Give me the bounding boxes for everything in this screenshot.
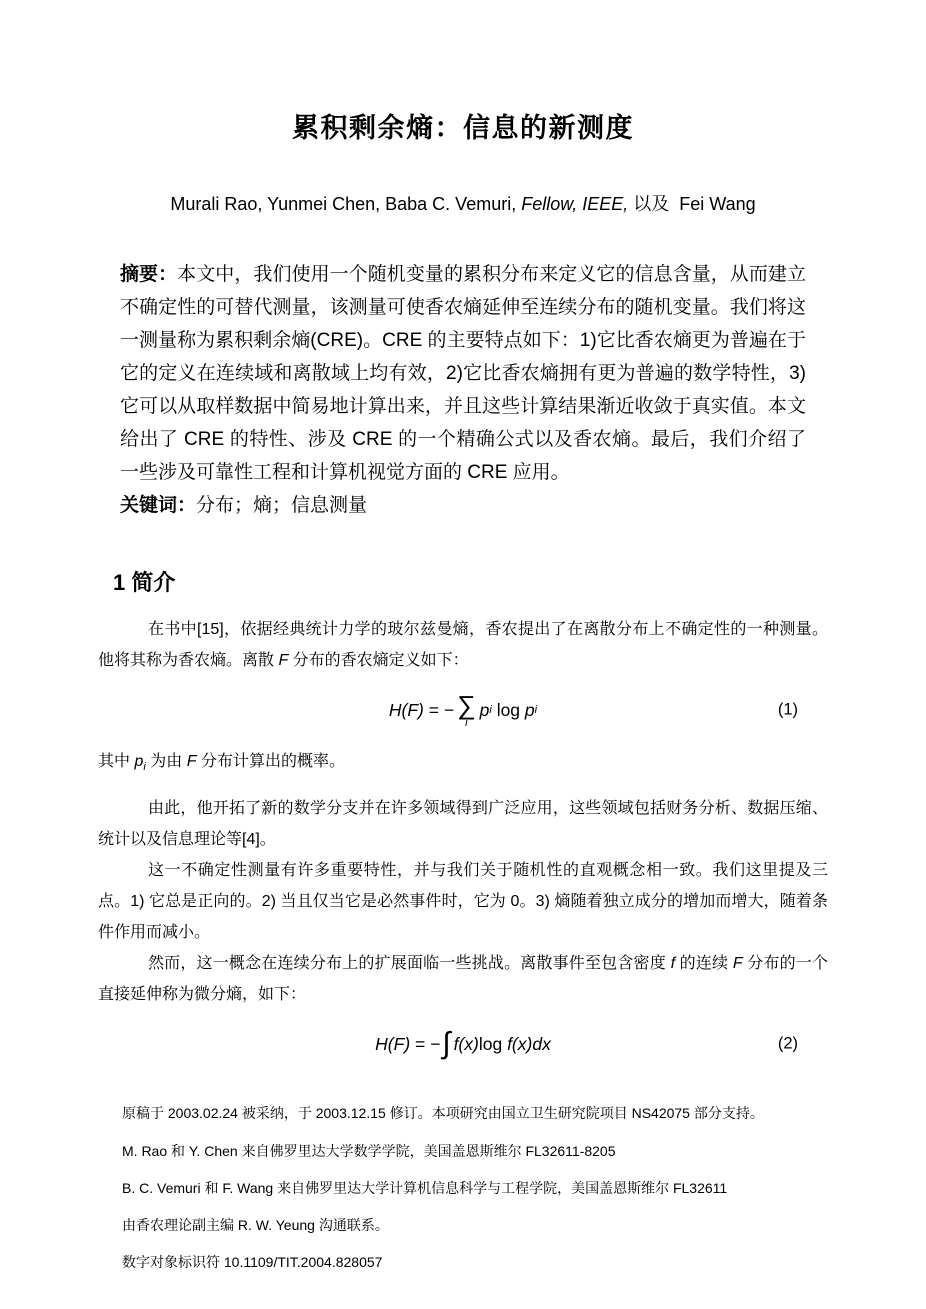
- equation-1-number: (1): [778, 695, 798, 726]
- abstract-paragraph: 摘要：本文中，我们使用一个随机变量的累积分布来定义它的信息含量，从而建立不确定性…: [120, 258, 806, 489]
- intro-paragraph-4: 这一不确定性测量有许多重要特性，并与我们关于随机性的直观概念相一致。我们这里提及…: [98, 855, 828, 948]
- intro-paragraph-5-text: 然而，这一概念在连续分布上的扩展面临一些挑战。离散事件至包含密度: [148, 955, 671, 972]
- eq2-log: log: [479, 1029, 507, 1060]
- keywords-line: 关键词：分布；熵；信息测量: [120, 489, 806, 522]
- footnote-doi: 数字对象标识符 10.1109/TIT.2004.828057: [122, 1253, 866, 1271]
- footnotes-block: 原稿于 2003.02.24 被采纳，于 2003.12.15 修订。本项研究由…: [122, 1104, 866, 1271]
- eq1-lhs: H(F): [389, 695, 424, 726]
- authors-last: 以及 Fei Wang: [628, 194, 755, 214]
- authors-names: Murali Rao, Yunmei Chen, Baba C. Vemuri,: [170, 194, 521, 214]
- footnote-received-dates: 原稿于 2003.02.24 被采纳，于 2003.12.15 修订。本项研究由…: [122, 1104, 866, 1122]
- section-1-heading: 1 简介: [113, 570, 926, 596]
- sigma-glyph: ∑: [457, 692, 476, 718]
- section-1-body: 在书中[15]，依据经典统计力学的玻尔兹曼熵，香农提出了在离散分布上不确定性的一…: [98, 614, 828, 1070]
- footnote-affiliation-rao-chen: M. Rao 和 Y. Chen 来自佛罗里达大学数学学院，美国盖恩斯维尔 FL…: [122, 1142, 866, 1160]
- summation-operator: ∑i: [457, 692, 476, 729]
- eq1-term1: p: [480, 695, 490, 726]
- authors-line: Murali Rao, Yunmei Chen, Baba C. Vemuri,…: [0, 194, 926, 216]
- math-var-F: F: [733, 955, 743, 972]
- eq2-term1: f(x): [454, 1029, 479, 1060]
- eq2-relation: = −: [410, 1029, 440, 1060]
- intro-paragraph-2-text: 其中: [98, 753, 134, 770]
- intro-paragraph-5-mid: 的连续: [675, 955, 733, 972]
- page-title: 累积剩余熵：信息的新测度: [0, 0, 926, 144]
- intro-paragraph-2-tail: 分布计算出的概率。: [197, 753, 345, 770]
- intro-paragraph-2-mid: 为由: [146, 753, 187, 770]
- footnote-affiliation-vemuri-wang: B. C. Vemuri 和 F. Wang 来自佛罗里达大学计算机信息科学与工…: [122, 1179, 866, 1197]
- keywords-text: 分布；熵；信息测量: [196, 495, 367, 516]
- eq1-log: log: [492, 695, 525, 726]
- eq2-lhs: H(F): [375, 1029, 410, 1060]
- abstract-label: 摘要：: [120, 264, 177, 285]
- integral-operator: ∫: [442, 1029, 450, 1059]
- equation-2: H(F) = −∫f(x)log f(x)dx (2): [98, 1018, 828, 1070]
- intro-paragraph-1: 在书中[15]，依据经典统计力学的玻尔兹曼熵，香农提出了在离散分布上不确定性的一…: [98, 614, 828, 676]
- sigma-index: i: [465, 718, 467, 729]
- abstract-section: 摘要：本文中，我们使用一个随机变量的累积分布来定义它的信息含量，从而建立不确定性…: [120, 258, 806, 522]
- math-var-F: F: [278, 652, 288, 669]
- equation-2-number: (2): [778, 1029, 798, 1060]
- math-var-F: F: [187, 753, 197, 770]
- keywords-label: 关键词：: [120, 495, 196, 516]
- intro-paragraph-3: 由此，他开拓了新的数学分支并在许多领域得到广泛应用，这些领域包括财务分析、数据压…: [98, 793, 828, 855]
- abstract-text: 本文中，我们使用一个随机变量的累积分布来定义它的信息含量，从而建立不确定性的可替…: [120, 264, 806, 483]
- intro-paragraph-2: 其中 pi 为由 F 分布计算出的概率。: [98, 746, 828, 777]
- intro-paragraph-5: 然而，这一概念在连续分布上的扩展面临一些挑战。离散事件至包含密度 f 的连续 F…: [98, 948, 828, 1010]
- equation-1: H(F) = −∑ipi log pi (1): [98, 684, 828, 736]
- authors-ieee-fellow: Fellow, IEEE,: [521, 194, 628, 214]
- intro-paragraph-1-tail: 分布的香农熵定义如下：: [288, 652, 468, 669]
- paper-page: 累积剩余熵：信息的新测度 Murali Rao, Yunmei Chen, Ba…: [0, 0, 926, 1309]
- eq2-term2: f(x)dx: [507, 1029, 551, 1060]
- footnote-editor: 由香农理论副主编 R. W. Yeung 沟通联系。: [122, 1216, 866, 1234]
- eq1-relation: = −: [424, 695, 454, 726]
- eq1-term2: p: [525, 695, 535, 726]
